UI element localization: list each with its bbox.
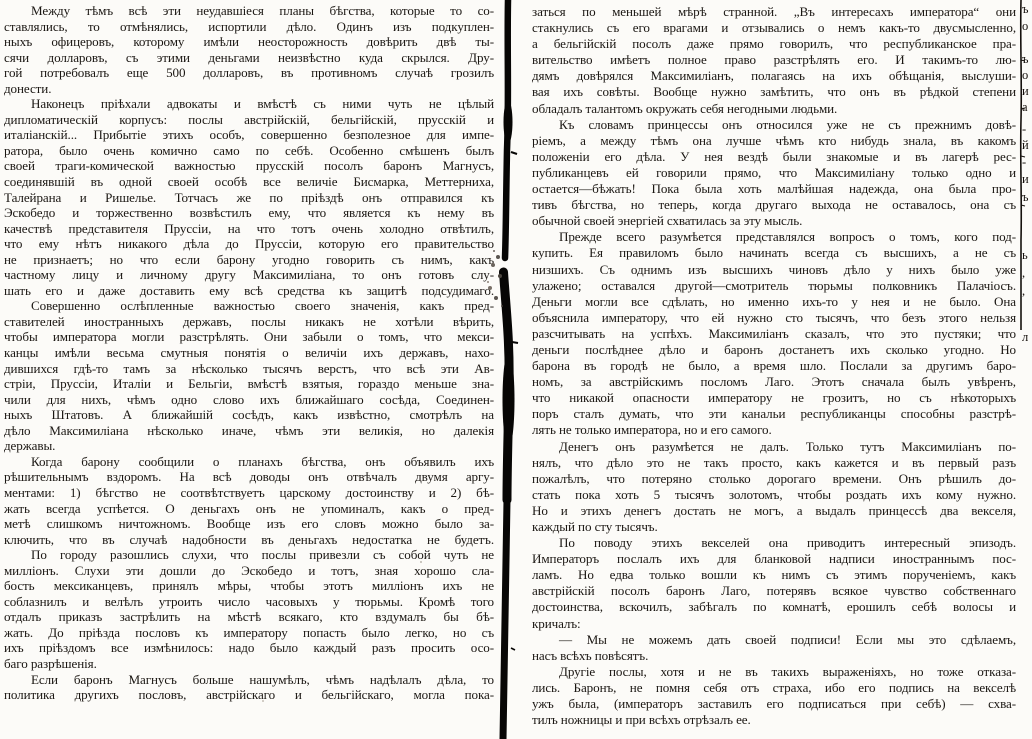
text-line: ламъ. Но едва только вошли къ нимъ съ эт… — [532, 567, 1016, 583]
text-line: лять не только императора, но и его само… — [532, 422, 1016, 438]
text-line: ментами: 1) бѣгство не соотвѣтствуетъ ца… — [4, 485, 494, 501]
text-line: дѣло Максимиліана нѣсколько иначе, чѣмъ … — [4, 423, 494, 439]
paragraph: Если баронъ Магнусъ больше нашумѣлъ, чѣм… — [4, 672, 494, 703]
text-line: отдалъ приказъ застрѣлить на мѣстѣ всяка… — [4, 609, 494, 625]
text-line: Къ словамъ принцессы онъ относился уже н… — [532, 117, 1016, 133]
text-line: нялъ, что дѣло это не такъ просто, какъ … — [532, 455, 1016, 471]
text-line: купить. Ея правиломъ было начинать всегд… — [532, 245, 1016, 261]
text-line: вительство имѣетъ полное право разстрѣля… — [532, 52, 1016, 68]
paragraph: Наконецъ пріѣхали адвокаты и вмѣстѣ съ н… — [4, 96, 494, 298]
paragraph: Между тѣмъ всѣ эти неудавшіеся планы бѣг… — [4, 3, 494, 96]
text-line: частному лицу и личному другу Максимиліа… — [4, 267, 494, 283]
text-line: Между тѣмъ всѣ эти неудавшіеся планы бѣг… — [4, 3, 494, 19]
text-line: положеніи его дѣла. У нея вездѣ были зна… — [532, 149, 1016, 165]
text-line: обычной своей энергіей схватилась за эту… — [532, 213, 1016, 229]
text-line: поръ сталъ думать, что эти канальи респу… — [532, 406, 1016, 422]
paragraph: По городу разошлись слухи, что послы при… — [4, 547, 494, 671]
edge-letter-fragment: ъ — [1022, 2, 1028, 16]
paragraph: Денегъ онъ разумѣется не далъ. Только ту… — [532, 439, 1016, 536]
text-line: вая ихъ совѣты. Вообще нужно замѣтить, ч… — [532, 84, 1016, 100]
text-line: чили для нихъ, чѣмъ одно слово ихъ ближа… — [4, 392, 494, 408]
text-line: милліонъ. Слухи эти дошли до Эскобедо и … — [4, 563, 494, 579]
text-line: что никакой опасности императору не гроз… — [532, 390, 1016, 406]
text-line: стакнулись съ его врагами и отзывались о… — [532, 20, 1016, 36]
text-column-left: Между тѣмъ всѣ эти неудавшіеся планы бѣг… — [4, 3, 494, 703]
text-line: публиканцевъ ей говорили прямо, что Макс… — [532, 165, 1016, 181]
page-edge-fragments: ъоъоиа-й-иъь,,л — [1022, 0, 1032, 739]
paragraph: Къ словамъ принцессы онъ относился уже н… — [532, 117, 1016, 230]
text-line: ставителей иностранныхъ державъ, послы н… — [4, 314, 494, 330]
text-line: остается—бѣжать! Пока была хоть малѣйшая… — [532, 181, 1016, 197]
edge-letter-fragment: , — [1022, 284, 1025, 298]
text-line: качествѣ представителя Пруссіи, на что т… — [4, 221, 494, 237]
text-line: обладалъ талантомъ окружать себя негодны… — [532, 101, 1016, 117]
text-line: бость мексиканцевъ, принялъ мѣры, чтобы … — [4, 578, 494, 594]
text-line: ставлялись, то отмѣнялись, испортили дѣл… — [4, 19, 494, 35]
text-line: соблазнилъ и велѣлъ утроить число часовы… — [4, 594, 494, 610]
text-line: стать пока хоть 5 тысячъ золотомъ, чтобы… — [532, 487, 1016, 503]
text-line: канцы имѣли весьма смутныя понятія о вел… — [4, 345, 494, 361]
text-line: номъ, за австрійскимъ посломъ Лаго. Этот… — [532, 374, 1016, 390]
text-line: По поводу этихъ векселей она приводитъ и… — [532, 535, 1016, 551]
text-line: улажено; оставался другой—смотритель тюр… — [532, 278, 1016, 294]
text-line: кричалъ: — [532, 616, 1016, 632]
text-line: низшихъ. Съ однимъ изъ высшихъ чиновъ дѣ… — [532, 262, 1016, 278]
edge-letter-fragment: а — [1022, 100, 1028, 114]
text-line: Деньги могли все сдѣлать, но именно ихъ-… — [532, 294, 1016, 310]
text-line: барона въ городѣ не было, а время шло. П… — [532, 358, 1016, 374]
paragraph: Совершенно ослѣпленные важностью своего … — [4, 298, 494, 453]
text-line: объяснила императору, что ей нужно сто т… — [532, 310, 1016, 326]
text-line: политика другихъ пословъ, австрійскаго и… — [4, 687, 494, 703]
text-line: гой потребовалъ еще 500 долларовъ, въ пр… — [4, 65, 494, 81]
text-line: ныхъ офицеровъ, которому имѣли неосторож… — [4, 34, 494, 50]
text-line: заться по меньшей мѣрѣ странной. „Въ инт… — [532, 4, 1016, 20]
text-line: разсчитывать на успѣхъ. Максимиліанъ ска… — [532, 326, 1016, 342]
text-line: дямъ довѣрялся Максимиліанъ, полагаясь н… — [532, 68, 1016, 84]
scan-noise-specks — [0, 0, 2, 2]
text-line: Когда барону сообщили о планахъ бѣгства,… — [4, 454, 494, 470]
text-line: ратора, было очень комично само по себѣ.… — [4, 143, 494, 159]
edge-letter-fragment: ъ — [1022, 52, 1028, 66]
text-line: насъ всѣхъ повѣсятъ. — [532, 648, 1016, 664]
paragraph: Прежде всего разумѣется представлялся во… — [532, 229, 1016, 438]
text-column-right: заться по меньшей мѣрѣ странной. „Въ инт… — [532, 4, 1016, 728]
edge-letter-fragment: - — [1022, 122, 1026, 136]
text-line: ихъ пріѣздомъ все измѣнилось: надо было … — [4, 640, 494, 656]
text-line: дипломатическій корпусъ: послы австрійск… — [4, 112, 494, 128]
paragraph: Когда барону сообщили о планахъ бѣгства,… — [4, 454, 494, 547]
edge-letter-fragment: и — [1022, 172, 1029, 186]
text-line: достоинства, вскочилъ, забѣгалъ по комна… — [532, 599, 1016, 615]
text-line: Талейрана и Ришелье. Тотчасъ же по пріѣз… — [4, 190, 494, 206]
text-line: лись. Баронъ, не помня себя отъ страха, … — [532, 680, 1016, 696]
gutter-crease-artifact — [486, 0, 526, 739]
text-line: сячи долларовъ, съ этими деньгами неизвѣ… — [4, 50, 494, 66]
text-line: — Мы не можемъ дать своей подписи! Если … — [532, 632, 1016, 648]
text-line: жать. До пріѣзда пословъ къ императору п… — [4, 625, 494, 641]
text-line: Эскобедо и торжественно возвѣстилъ ему, … — [4, 205, 494, 221]
text-line: тивъ бѣгства, но теперь, когда другаго в… — [532, 197, 1016, 213]
text-line: донести. — [4, 81, 494, 97]
paragraph: По поводу этихъ векселей она приводитъ и… — [532, 535, 1016, 632]
text-line: Но и этихъ денегъ достать не могъ, а выд… — [532, 503, 1016, 519]
text-line: рѣшительнымъ вздоромъ. На всѣ доводы онъ… — [4, 469, 494, 485]
text-line: шать его и даже доставить ему всѣ средст… — [4, 283, 494, 299]
text-line: австрійскій посолъ баронъ Лаго, потерявъ… — [532, 583, 1016, 599]
text-line: не признаетъ; но что если барону угодно … — [4, 252, 494, 268]
text-line: Денегъ онъ разумѣется не далъ. Только ту… — [532, 439, 1016, 455]
text-line: что ему нѣтъ никакого дѣла до Пруссіи, к… — [4, 236, 494, 252]
text-line: чтобы императора могли разстрѣлять. Они … — [4, 329, 494, 345]
edge-letter-fragment: - — [1022, 155, 1026, 169]
edge-letter-fragment: и — [1022, 84, 1029, 98]
text-line: ужъ была, (императоръ заставилъ его подп… — [532, 696, 1016, 712]
text-line: деньги послѣднее дѣло и баронъ достанетъ… — [532, 342, 1016, 358]
text-line: баго разрѣшенія. — [4, 656, 494, 672]
text-line: дившихся гдѣ-то тамъ за нѣсколько тысячъ… — [4, 361, 494, 377]
text-line: По городу разошлись слухи, что послы при… — [4, 547, 494, 563]
paragraph: заться по меньшей мѣрѣ странной. „Въ инт… — [532, 4, 1016, 117]
text-line: ріемъ, а между тѣмъ она лучше чѣмъ кто н… — [532, 133, 1016, 149]
edge-letter-fragment: ь — [1022, 248, 1028, 262]
text-line: а бельгійскій посолъ даже прямо говорилъ… — [532, 36, 1016, 52]
paragraph: Другіе послы, хотя и не въ такихъ выраже… — [532, 664, 1016, 728]
edge-letter-fragment: о — [1022, 19, 1028, 33]
text-line: тилъ ножницы и при всѣхъ отрѣзалъ ее. — [532, 712, 1016, 728]
edge-letter-fragment: л — [1022, 330, 1028, 344]
text-line: Если баронъ Магнусъ больше нашумѣлъ, чѣм… — [4, 672, 494, 688]
text-line: Совершенно ослѣпленные важностью своего … — [4, 298, 494, 314]
text-line: Прежде всего разумѣется представлялся во… — [532, 229, 1016, 245]
text-line: своей траги-комической важностью прусскі… — [4, 158, 494, 174]
text-line: каждый по сту тысячъ. — [532, 519, 1016, 535]
text-line: ключить, что въ случаѣ надобности въ ден… — [4, 532, 494, 548]
edge-letter-fragment: й — [1022, 138, 1029, 152]
edge-letter-fragment: , — [1022, 266, 1025, 280]
scanned-book-page: Между тѣмъ всѣ эти неудавшіеся планы бѣг… — [0, 0, 1032, 739]
text-line: Императоръ послалъ ихъ для бланковой над… — [532, 551, 1016, 567]
text-line: метѣ слишкомъ ничтожномъ. Вообще изъ его… — [4, 516, 494, 532]
text-line: державы. — [4, 438, 494, 454]
text-line: соединявшій въ одной своей особѣ все вел… — [4, 174, 494, 190]
text-line: ныхъ Штатовъ. А ближайшій сосѣдъ, какъ и… — [4, 407, 494, 423]
text-line: Наконецъ пріѣхали адвокаты и вмѣстѣ съ н… — [4, 96, 494, 112]
edge-letter-fragment: о — [1022, 68, 1028, 82]
text-line: пожалѣлъ, что потеряно столько дорогаго … — [532, 471, 1016, 487]
text-line: жать всегда успѣется. О деньгахъ онъ не … — [4, 501, 494, 517]
edge-letter-fragment: ъ — [1022, 190, 1028, 204]
text-line: италіанскій... Прибытіе этихъ особъ, сов… — [4, 127, 494, 143]
text-line: Другіе послы, хотя и не въ такихъ выраже… — [532, 664, 1016, 680]
paragraph: — Мы не можемъ дать своей подписи! Если … — [532, 632, 1016, 664]
text-line: стріи, Пруссіи, Италіи и Бельгіи, вмѣстѣ… — [4, 376, 494, 392]
